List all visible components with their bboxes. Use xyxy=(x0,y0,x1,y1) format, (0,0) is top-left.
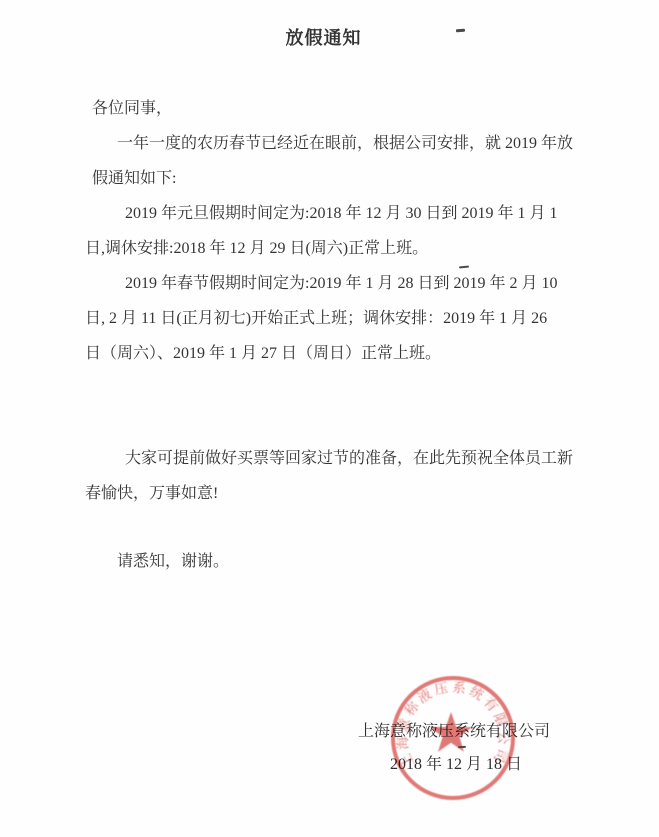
page-title: 放假通知 xyxy=(0,24,647,50)
notice-line: 各位同事， xyxy=(85,91,590,126)
notice-line: 日,调休安排:2018 年 12 月 29 日(周六)正常上班。 xyxy=(85,231,590,266)
notice-line: 2019 年元旦假期时间定为:2018 年 12 月 30 日到 2019 年 … xyxy=(85,196,590,231)
scan-artifact-speck xyxy=(458,746,466,748)
scanned-notice-page: 放假通知 各位同事，一年一度的农历春节已经近在眼前，根据公司安排，就 2019 … xyxy=(0,0,659,837)
company-seal-stamp: 上海意称液压系统有限公司 xyxy=(383,668,523,808)
notice-body: 各位同事，一年一度的农历春节已经近在眼前，根据公司安排，就 2019 年放假通知… xyxy=(85,91,590,579)
notice-line: 一年一度的农历春节已经近在眼前，根据公司安排，就 2019 年放 xyxy=(85,126,590,161)
notice-line: 假通知如下: xyxy=(85,161,590,196)
notice-line: 大家可提前做好买票等回家过节的准备，在此先预祝全体员工新 xyxy=(85,441,590,476)
notice-line: 日, 2 月 11 日(正月初七)开始正式上班；调休安排：2019 年 1 月 … xyxy=(85,301,590,336)
scan-artifact-speck xyxy=(456,29,465,33)
notice-line: 春愉快，万事如意! xyxy=(85,476,590,511)
notice-line: 请悉知，谢谢。 xyxy=(85,544,590,579)
notice-line: 日（周六）、2019 年 1 月 27 日（周日）正常上班。 xyxy=(85,336,590,371)
notice-line: 2019 年春节假期时间定为:2019 年 1 月 28 日到 2019 年 2… xyxy=(85,266,590,301)
